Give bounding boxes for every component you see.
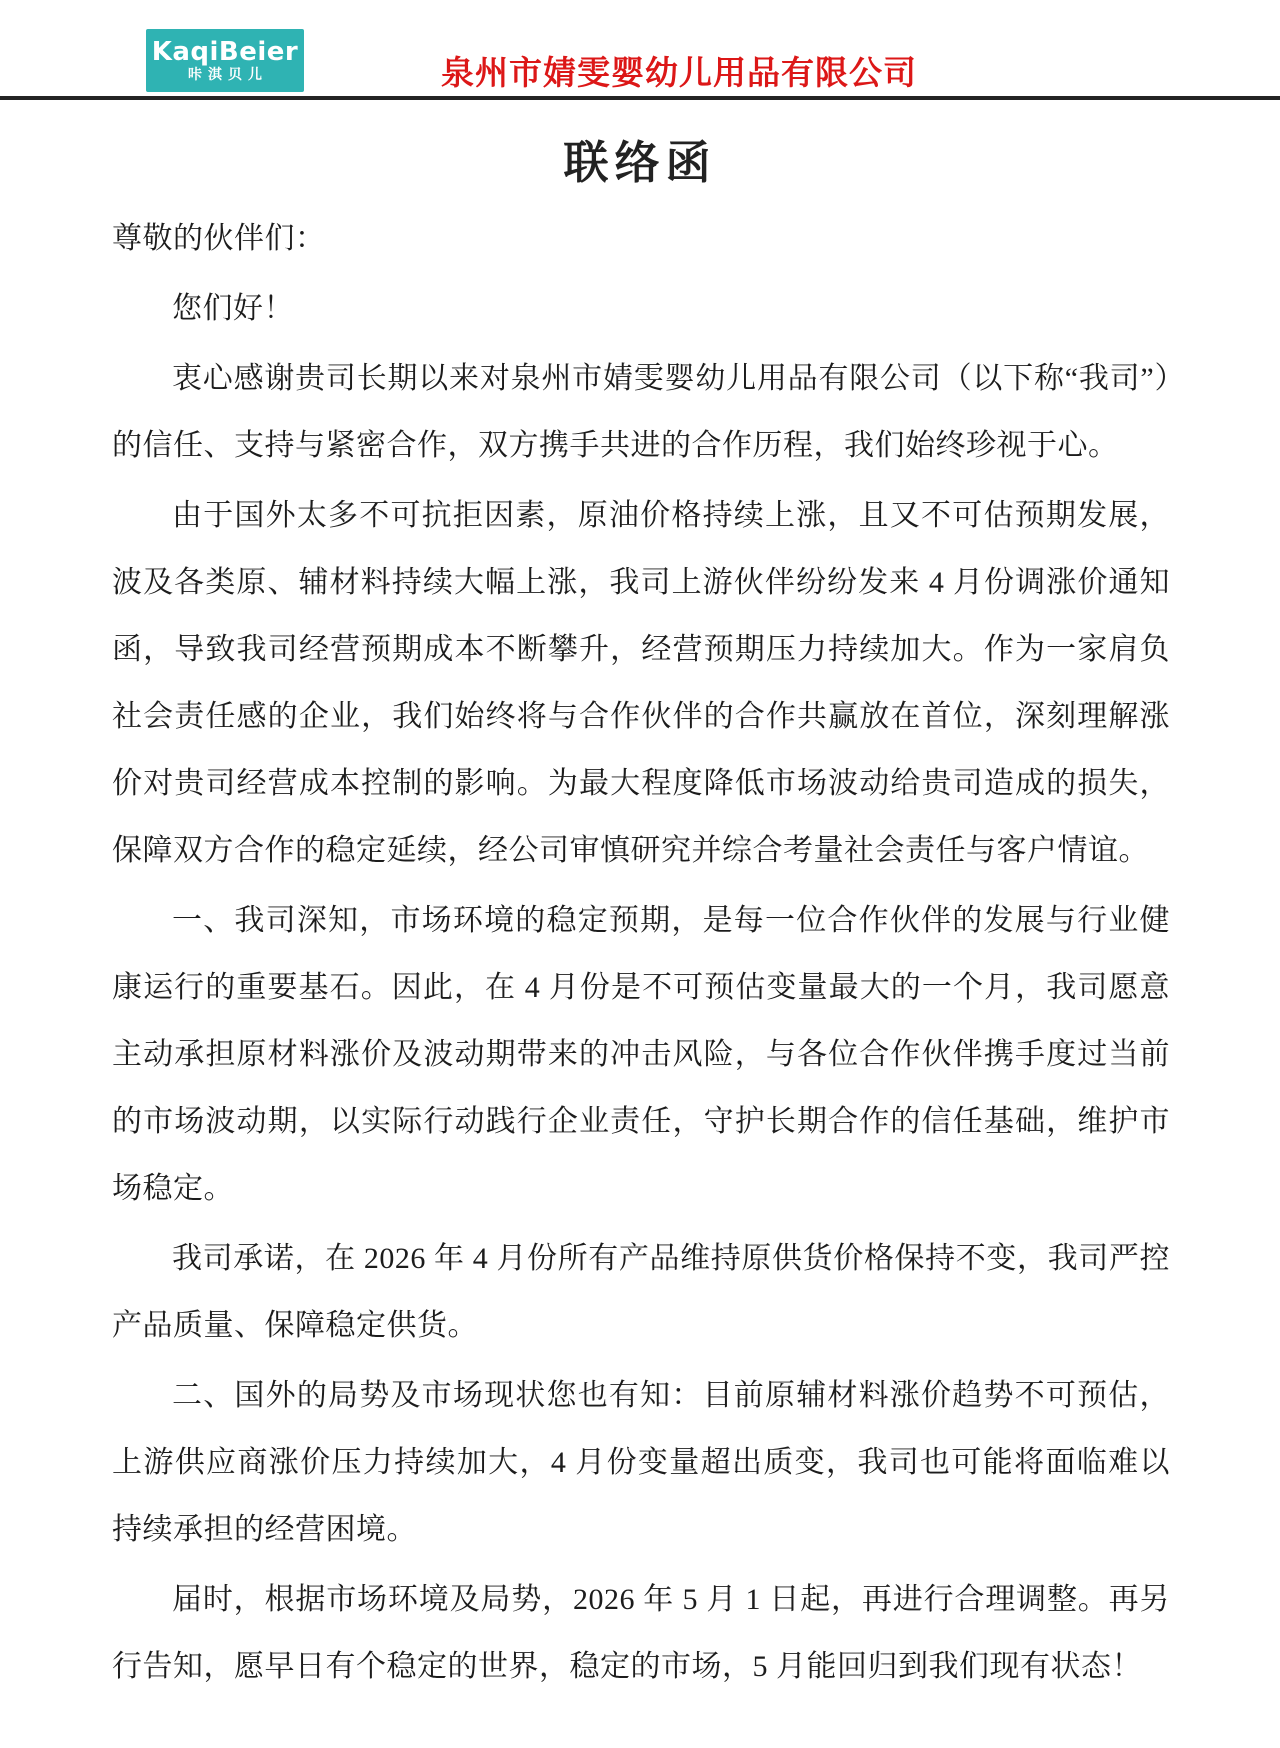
paragraph-greeting: 您们好！ bbox=[112, 275, 1170, 342]
paragraph-background: 由于国外太多不可抗拒因素，原油价格持续上涨，且又不可估预期发展，波及各类原、辅材… bbox=[112, 482, 1170, 884]
letter-title: 联络函 bbox=[0, 126, 1280, 191]
company-name: 泉州市婧雯婴幼儿用品有限公司 bbox=[441, 47, 917, 94]
header-divider bbox=[0, 96, 1280, 100]
paragraph-commitment: 我司承诺，在 2026 年 4 月份所有产品维持原供货价格保持不变，我司严控产品… bbox=[112, 1225, 1170, 1359]
logo-latin-text: KaqiBeier bbox=[152, 38, 299, 66]
logo-chinese-text: 咔淇贝儿 bbox=[182, 66, 268, 84]
paragraph-point-two: 二、国外的局势及市场现状您也有知：目前原辅材料涨价趋势不可预估，上游供应商涨价压… bbox=[112, 1362, 1170, 1563]
company-logo: KaqiBeier 咔淇贝儿 bbox=[146, 29, 304, 92]
paragraph-salutation: 尊敬的伙伴们： bbox=[112, 205, 1170, 272]
paragraph-thanks: 衷心感谢贵司长期以来对泉州市婧雯婴幼儿用品有限公司（以下称“我司”）的信任、支持… bbox=[112, 345, 1170, 479]
paragraph-closing: 届时，根据市场环境及局势，2026 年 5 月 1 日起，再进行合理调整。再另行… bbox=[112, 1566, 1170, 1700]
letter-body: 尊敬的伙伴们： 您们好！ 衷心感谢贵司长期以来对泉州市婧雯婴幼儿用品有限公司（以… bbox=[112, 205, 1170, 1703]
paragraph-point-one: 一、我司深知，市场环境的稳定预期，是每一位合作伙伴的发展与行业健康运行的重要基石… bbox=[112, 887, 1170, 1222]
